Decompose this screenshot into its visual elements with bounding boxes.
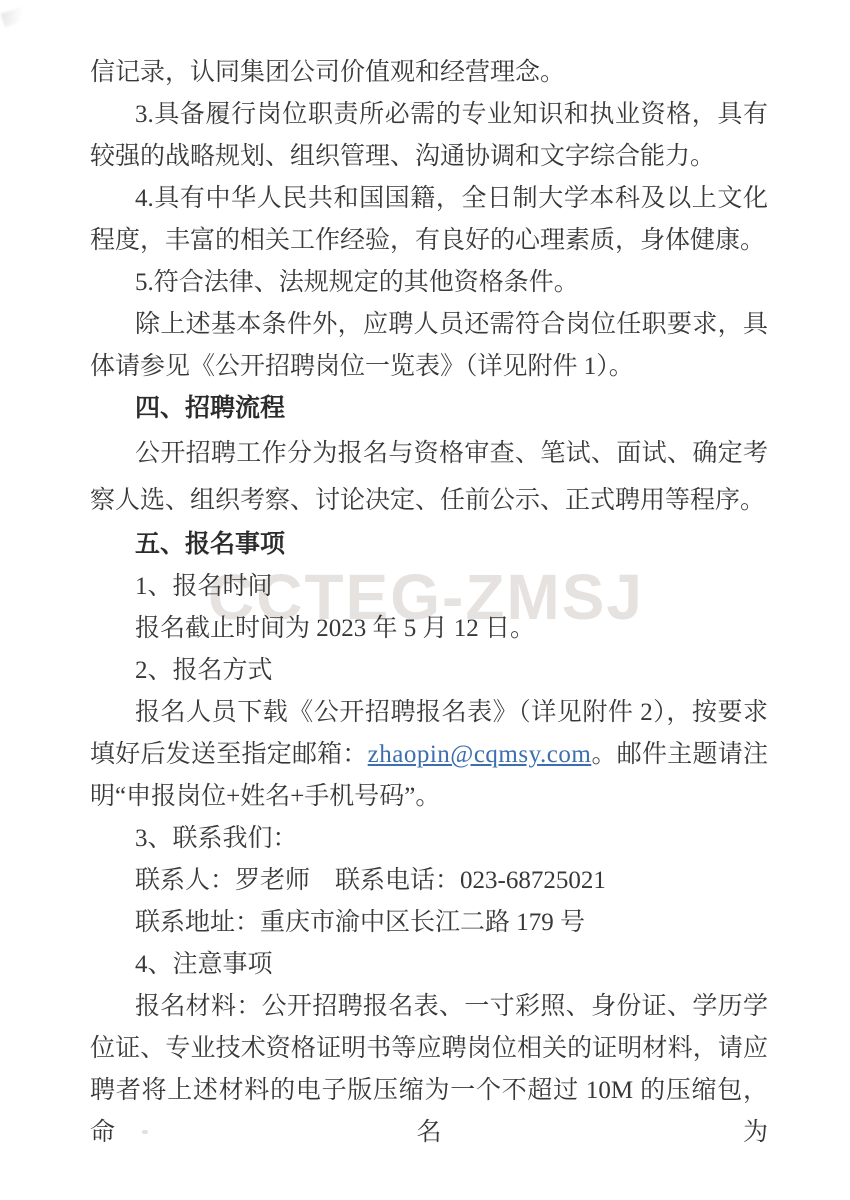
email-link[interactable]: zhaopin@cqmsy.com [368,741,592,768]
paragraph-qualification-4: 4.具有中华人民共和国国籍，全日制大学本科及以上文化程度，丰富的相关工作经验，有… [90,178,768,262]
paragraph-qualification-3: 3.具备履行岗位职责所必需的专业知识和执业资格，具有较强的战略规划、组织管理、沟… [90,94,768,178]
paragraph-item1-title: 1、报名时间 [90,566,768,608]
document-content: 信记录，认同集团公司价值观和经营理念。 3.具备履行岗位职责所必需的专业知识和执… [90,52,768,1154]
paragraph-application-method: 报名人员下载《公开招聘报名表》（详见附件 2），按要求填好后发送至指定邮箱：zh… [90,692,768,818]
paragraph-carryover: 信记录，认同集团公司价值观和经营理念。 [90,52,768,94]
paragraph-qualification-extra: 除上述基本条件外，应聘人员还需符合岗位任职要求，具体请参见《公开招聘岗位一览表》… [90,304,768,388]
heading-section-recruitment-process: 四、招聘流程 [90,388,768,430]
paragraph-application-materials: 报名材料：公开招聘报名表、一寸彩照、身份证、学历学位证、专业技术资格证明书等应聘… [90,986,768,1154]
document-page: CCTEG-ZMSJ 信记录，认同集团公司价值观和经营理念。 3.具备履行岗位职… [0,0,850,1200]
paragraph-item3-title: 3、联系我们： [90,818,768,860]
paragraph-item4-title: 4、注意事项 [90,944,768,986]
paragraph-contact-person-phone: 联系人：罗老师 联系电话：023-68725021 [90,860,768,902]
paragraph-contact-address: 联系地址：重庆市渝中区长江二路 179 号 [90,902,768,944]
paragraph-registration-deadline: 报名截止时间为 2023 年 5 月 12 日。 [90,608,768,650]
paragraph-qualification-5: 5.符合法律、法规规定的其他资格条件。 [90,262,768,304]
paragraph-item2-title: 2、报名方式 [90,650,768,692]
heading-section-registration: 五、报名事项 [90,524,768,566]
paragraph-recruitment-process: 公开招聘工作分为报名与资格审查、笔试、面试、确定考察人选、组织考察、讨论决定、任… [90,430,768,524]
scan-artifact-top-left [1,5,32,27]
